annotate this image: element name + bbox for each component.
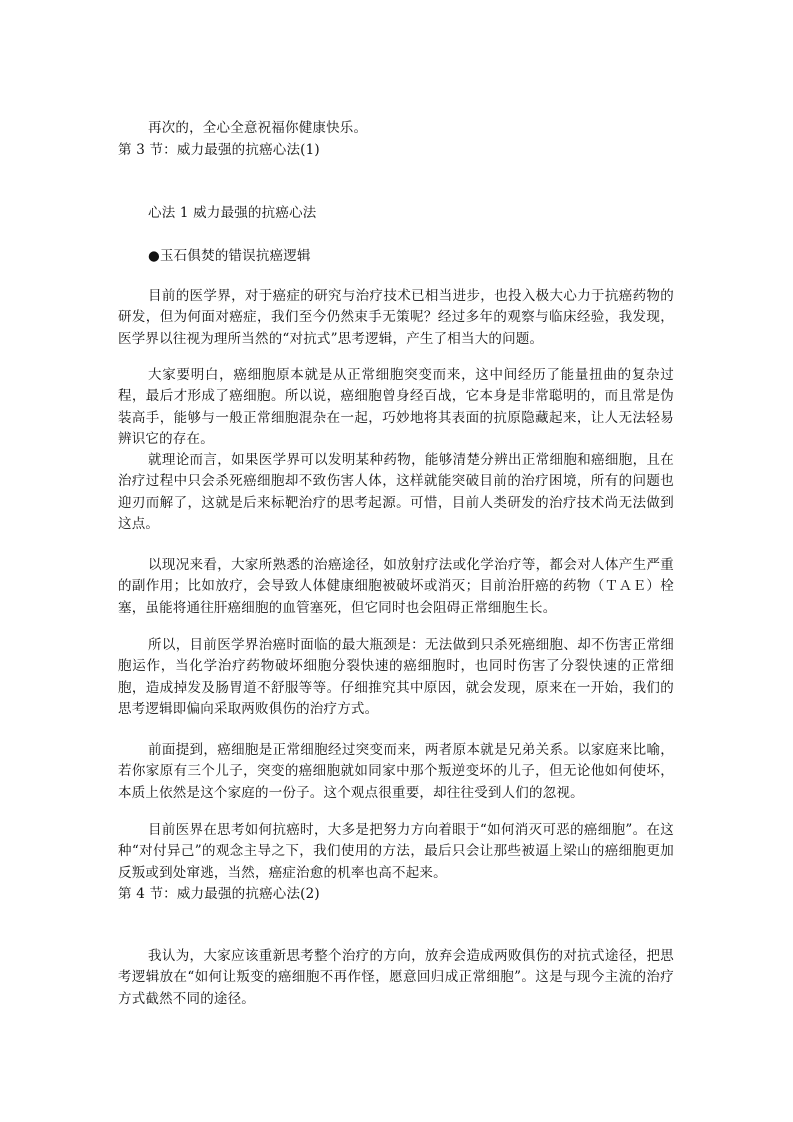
paragraph-2: 大家要明白，癌细胞原本就是从正常细胞突变而来，这中间经历了能量扭曲的复杂过程，最… [118, 365, 674, 450]
paragraph-7: 目前医界在思考如何抗癌时，大多是把努力方向着眼于“如何消灭可恶的癌细胞”。在这种… [118, 820, 674, 884]
paragraph-3: 就理论而言，如果医学界可以发明某种药物，能够清楚分辨出正常细胞和癌细胞，且在治疗… [118, 450, 674, 535]
section-3-title: 第 3 节：威力最强的抗癌心法(1) [118, 140, 320, 160]
bullet-heading: ●玉石俱焚的错误抗癌逻辑 [148, 246, 311, 266]
paragraph-4: 以现况来看，大家所熟悉的治癌途径，如放射疗法或化学治疗等，都会对人体产生严重的副… [118, 555, 674, 619]
paragraph-5: 所以，目前医学界治癌时面临的最大瓶颈是：无法做到只杀死癌细胞、却不伤害正常细胞运… [118, 635, 674, 720]
paragraph-1: 目前的医学界，对于癌症的研究与治疗技术已相当进步，也投入极大心力于抗癌药物的研发… [118, 286, 674, 350]
section-4-paragraph-1: 我认为，大家应该重新思考整个治疗的方向，放弃会造成两败俱伤的对抗式途径，把思考逻… [118, 946, 674, 1010]
paragraph-6: 前面提到，癌细胞是正常细胞经过突变而来，两者原本就是兄弟关系。以家庭来比喻，若你… [118, 740, 674, 804]
section-4-title: 第 4 节：威力最强的抗癌心法(2) [118, 884, 320, 904]
opening-line: 再次的，全心全意祝福你健康快乐。 [148, 118, 367, 138]
heading-method-1: 心法 1 威力最强的抗癌心法 [148, 203, 316, 223]
